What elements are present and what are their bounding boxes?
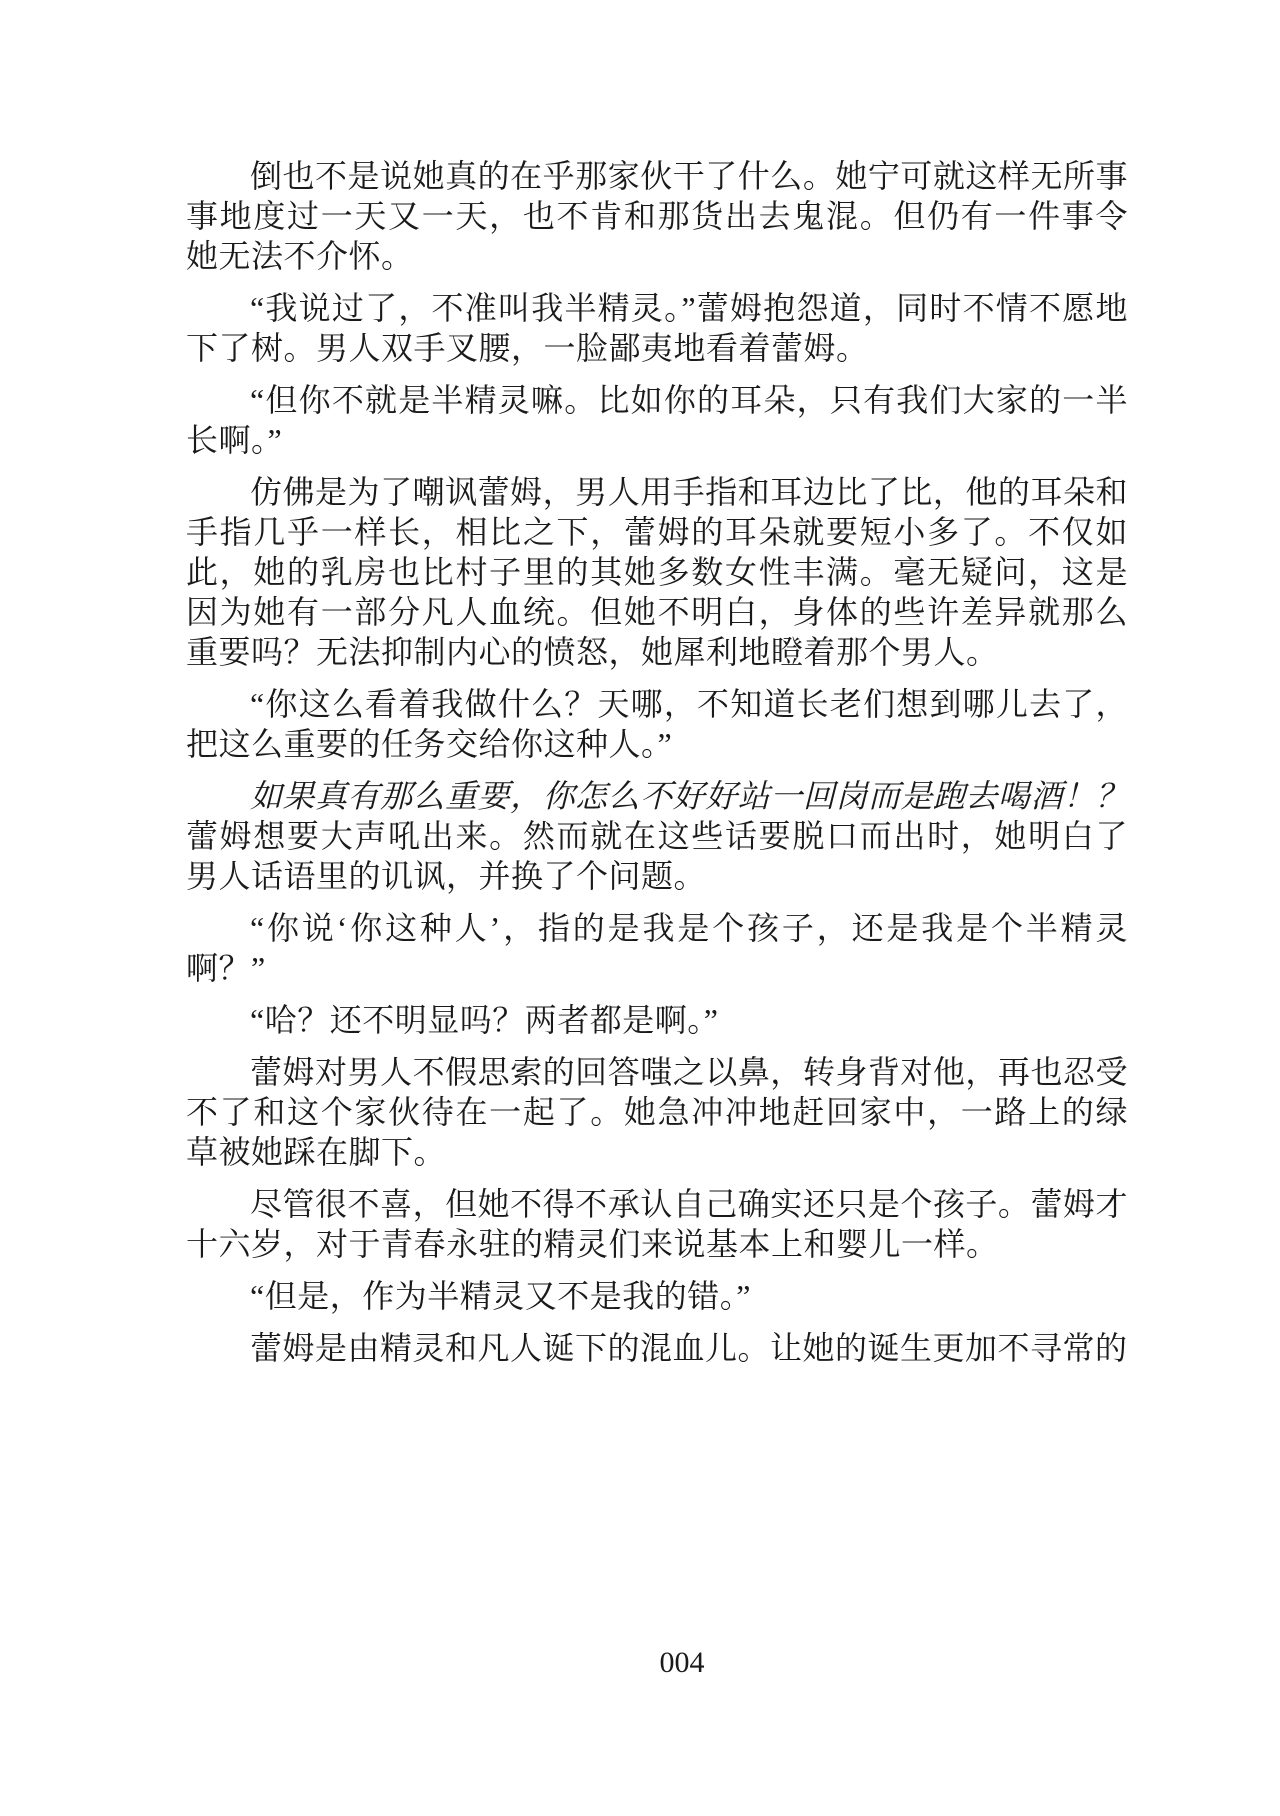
- paragraph-10: 尽管很不喜，但她不得不承认自己确实还只是个孩子。蕾姆才十六岁，对于青春永驻的精灵…: [186, 1184, 1128, 1264]
- paragraph-9: 蕾姆对男人不假思索的回答嗤之以鼻，转身背对他，再也忍受不了和这个家伙待在一起了。…: [186, 1052, 1128, 1172]
- book-page: 倒也不是说她真的在乎那家伙干了什么。她宁可就这样无所事事地度过一天又一天，也不肯…: [0, 0, 1280, 1816]
- italic-thought: 如果真有那么重要，你怎么不好好站一回岗而是跑去喝酒！？: [250, 778, 1128, 814]
- paragraph-12: 蕾姆是由精灵和凡人诞下的混血儿。让她的诞生更加不寻常的: [186, 1328, 1128, 1368]
- paragraph-3: “但你不就是半精灵嘛。比如你的耳朵，只有我们大家的一半长啊。”: [186, 380, 1128, 460]
- paragraph-7: “你说‘你这种人’，指的是我是个孩子，还是我是个半精灵啊？”: [186, 908, 1128, 988]
- paragraph-4: 仿佛是为了嘲讽蕾姆，男人用手指和耳边比了比，他的耳朵和手指几乎一样长，相比之下，…: [186, 472, 1128, 672]
- paragraph-2: “我说过了，不准叫我半精灵。”蕾姆抱怨道，同时不情不愿地下了树。男人双手叉腰，一…: [186, 288, 1128, 368]
- paragraph-6: 如果真有那么重要，你怎么不好好站一回岗而是跑去喝酒！？蕾姆想要大声吼出来。然而就…: [186, 776, 1128, 896]
- paragraph-5: “你这么看着我做什么？天哪，不知道长老们想到哪儿去了，把这么重要的任务交给你这种…: [186, 684, 1128, 764]
- paragraph-11: “但是，作为半精灵又不是我的错。”: [186, 1276, 1128, 1316]
- paragraph-1: 倒也不是说她真的在乎那家伙干了什么。她宁可就这样无所事事地度过一天又一天，也不肯…: [186, 156, 1128, 276]
- paragraph-8: “哈？还不明显吗？两者都是啊。”: [186, 1000, 1128, 1040]
- page-text: 倒也不是说她真的在乎那家伙干了什么。她宁可就这样无所事事地度过一天又一天，也不肯…: [186, 156, 1128, 1380]
- page-number: 004: [42, 1645, 1280, 1681]
